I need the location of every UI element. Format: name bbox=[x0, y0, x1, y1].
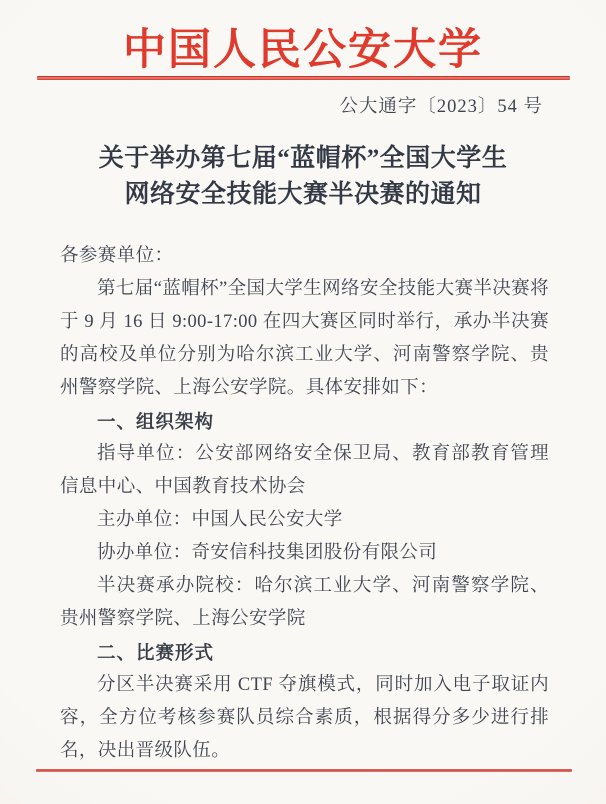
document-page: 中国人民公安大学 公大通字〔2023〕54 号 关于举办第七届“蓝帽杯”全国大学… bbox=[0, 0, 606, 804]
paragraph: 半决赛承办院校：哈尔滨工业大学、河南警察学院、贵州警察学院、上海公安学院 bbox=[60, 570, 549, 636]
document-title-line1: 关于举办第七届“蓝帽杯”全国大学生 bbox=[0, 141, 606, 177]
paragraph: 主办单位：中国人民公安大学 bbox=[60, 504, 549, 537]
letterhead-university-name: 中国人民公安大学 bbox=[0, 16, 606, 77]
document-title: 关于举办第七届“蓝帽杯”全国大学生 网络安全技能大赛半决赛的通知 bbox=[0, 141, 606, 213]
paragraph: 协办单位：奇安信科技集团股份有限公司 bbox=[60, 537, 549, 570]
paragraph: 分区半决赛采用 CTF 夺旗模式，同时加入电子取证内容，全方位考核参赛队员综合素… bbox=[60, 669, 549, 768]
document-body: 各参赛单位：第七届“蓝帽杯”全国大学生网络安全技能大赛半决赛将于 9 月 16 … bbox=[60, 240, 549, 768]
document-title-line2: 网络安全技能大赛半决赛的通知 bbox=[0, 177, 606, 213]
footer-red-rule bbox=[36, 769, 572, 772]
letterhead-red-rule bbox=[37, 76, 570, 80]
paragraph: 指导单位：公安部网络安全保卫局、教育部教育管理信息中心、中国教育技术协会 bbox=[60, 438, 549, 504]
paragraph: 第七届“蓝帽杯”全国大学生网络安全技能大赛半决赛将于 9 月 16 日 9:00… bbox=[60, 273, 549, 405]
document-number: 公大通字〔2023〕54 号 bbox=[339, 92, 543, 118]
section-heading: 二、比赛形式 bbox=[60, 636, 549, 669]
paragraph: 各参赛单位： bbox=[60, 240, 549, 273]
section-heading: 一、组织架构 bbox=[60, 405, 549, 438]
